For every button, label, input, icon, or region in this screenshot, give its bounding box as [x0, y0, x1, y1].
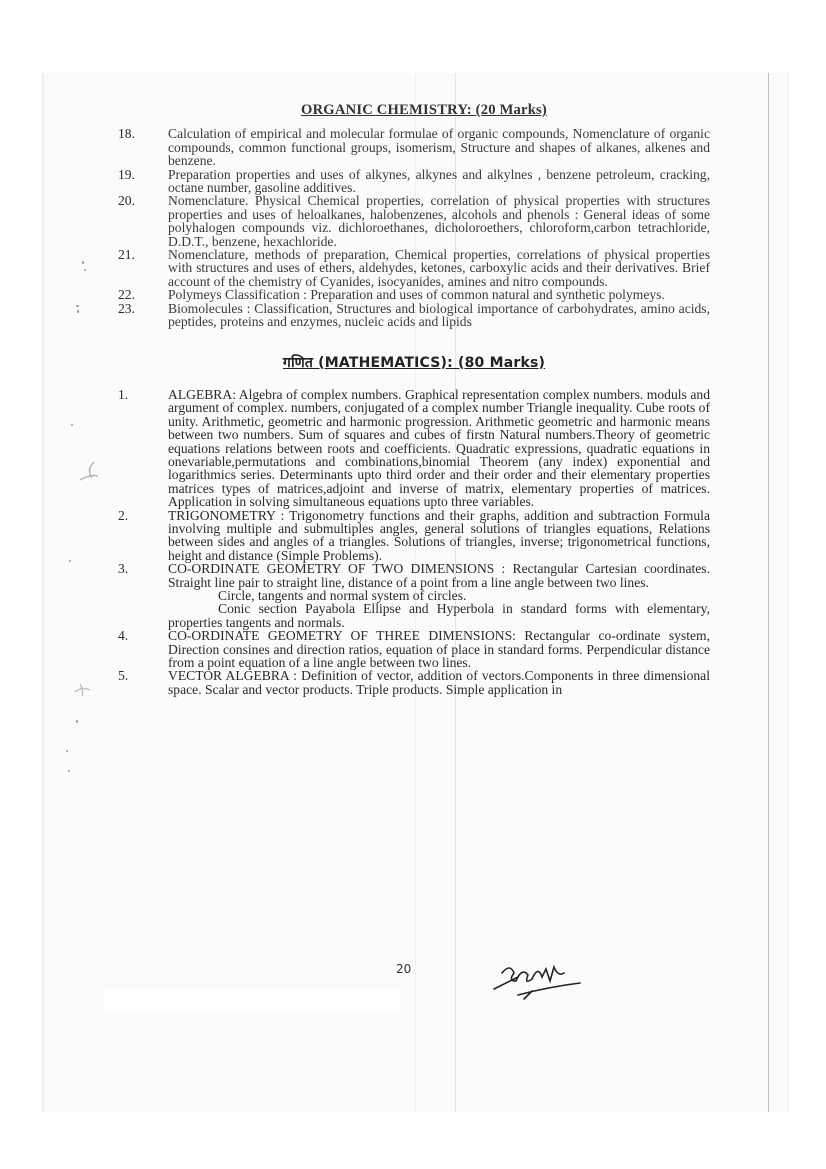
item-text: ALGEBRA: Algebra of complex numbers. Gra… — [168, 388, 710, 509]
item-number: 20. — [118, 194, 168, 248]
page-number: 20 — [396, 962, 411, 976]
list-item: 1.ALGEBRA: Algebra of complex numbers. G… — [118, 388, 710, 509]
item-text: CO-ORDINATE GEOMETRY OF THREE DIMENSIONS… — [168, 629, 710, 669]
list-item: 19.Preparation properties and uses of al… — [118, 168, 710, 195]
scan-speck — [84, 269, 86, 271]
list-item: 5.VECTOR ALGEBRA : Definition of vector,… — [118, 669, 710, 696]
item-subline: Conic section Payabola Ellipse and Hyper… — [118, 602, 710, 629]
item-number: 23. — [118, 302, 168, 329]
blank-patch — [105, 990, 400, 1012]
list-item: 18.Calculation of empirical and molecula… — [118, 127, 710, 167]
section-heading-organic-chemistry: ORGANIC CHEMISTRY: (20 Marks) — [118, 104, 710, 117]
organic-chemistry-section: ORGANIC CHEMISTRY: (20 Marks) 18.Calcula… — [118, 104, 710, 329]
item-number: 3. — [118, 562, 168, 589]
item-text: TRIGONOMETRY : Trigonometry functions an… — [168, 509, 710, 563]
scan-speck — [69, 560, 71, 562]
item-text: Preparation properties and uses of alkyn… — [168, 168, 710, 195]
list-item: 4.CO-ORDINATE GEOMETRY OF THREE DIMENSIO… — [118, 629, 710, 669]
scan-speck — [76, 720, 78, 723]
scan-speck — [82, 261, 84, 264]
item-text: Nomenclature, methods of preparation, Ch… — [168, 248, 710, 288]
list-item: 21.Nomenclature, methods of preparation,… — [118, 248, 710, 288]
item-number: 5. — [118, 669, 168, 696]
page-edge-line — [768, 73, 769, 1112]
item-text: Biomolecules : Classification, Structure… — [168, 302, 710, 329]
item-text: Polymeys Classification : Preparation an… — [168, 288, 710, 301]
scan-speck — [76, 305, 79, 307]
signature — [488, 955, 588, 1005]
item-number: 2. — [118, 509, 168, 563]
scan-speck — [68, 770, 70, 772]
item-number: 21. — [118, 248, 168, 288]
document-content: ORGANIC CHEMISTRY: (20 Marks) 18.Calcula… — [118, 104, 710, 696]
mathematics-section: गणित (MATHEMATICS): (80 Marks) 1.ALGEBRA… — [118, 357, 710, 697]
section-heading-mathematics: गणित (MATHEMATICS): (80 Marks) — [118, 357, 710, 370]
list-item: 22.Polymeys Classification : Preparation… — [118, 288, 710, 301]
mathematics-list: 1.ALGEBRA: Algebra of complex numbers. G… — [118, 388, 710, 696]
organic-chemistry-list: 18.Calculation of empirical and molecula… — [118, 127, 710, 328]
item-number: 22. — [118, 288, 168, 301]
list-item: 3.CO-ORDINATE GEOMETRY OF TWO DIMENSIONS… — [118, 562, 710, 589]
list-item: 23.Biomolecules : Classification, Struct… — [118, 302, 710, 329]
scan-speck — [77, 310, 79, 313]
item-number: 1. — [118, 388, 168, 509]
item-text: Nomenclature. Physical Chemical properti… — [168, 194, 710, 248]
item-number: 18. — [118, 127, 168, 167]
scan-speck — [66, 750, 68, 752]
item-text: VECTOR ALGEBRA : Definition of vector, a… — [168, 669, 710, 696]
item-number: 19. — [118, 168, 168, 195]
scan-speck — [71, 424, 73, 426]
item-subline: Circle, tangents and normal system of ci… — [118, 589, 710, 602]
item-text: CO-ORDINATE GEOMETRY OF TWO DIMENSIONS :… — [168, 562, 710, 589]
list-item: 2.TRIGONOMETRY : Trigonometry functions … — [118, 509, 710, 563]
list-item: 20.Nomenclature. Physical Chemical prope… — [118, 194, 710, 248]
scan-smudge — [72, 680, 96, 700]
item-number: 4. — [118, 629, 168, 669]
item-text: Calculation of empirical and molecular f… — [168, 127, 710, 167]
scan-smudge — [76, 456, 106, 486]
